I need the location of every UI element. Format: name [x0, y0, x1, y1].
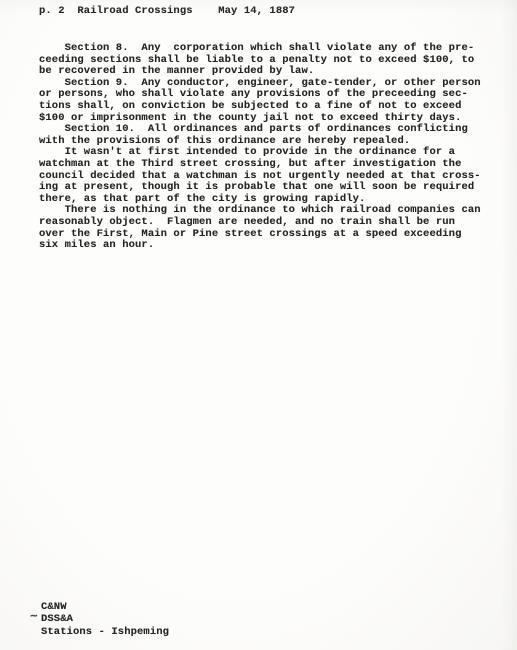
- page-header: p. 2 Railroad Crossings May 14, 1887: [39, 6, 295, 18]
- footer-line-railroad-cnw: C&NW: [41, 601, 169, 613]
- pencil-annotation-mark: ~: [29, 609, 38, 625]
- header-line: p. 2 Railroad Crossings May 14, 1887: [39, 6, 295, 18]
- body-line: six miles an hour.: [39, 240, 481, 252]
- document-body: Section 8. Any corporation which shall v…: [39, 43, 481, 252]
- body-line: Section 8. Any corporation which shall v…: [39, 43, 481, 55]
- footer-line-stations: Stations - Ishpeming: [41, 626, 169, 638]
- body-line: Section 10. All ordinances and parts of …: [39, 124, 481, 136]
- scanned-document-page: p. 2 Railroad Crossings May 14, 1887 Sec…: [0, 0, 517, 650]
- body-line: tions shall, on conviction be subjected …: [39, 101, 481, 113]
- body-line: watchman at the Third street crossing, b…: [39, 159, 481, 171]
- body-line: ing at present, though it is probable th…: [39, 182, 481, 194]
- archival-notation-block: C&NW DSS&A Stations - Ishpeming: [41, 601, 169, 638]
- footer-line-railroad-dssa: DSS&A: [41, 613, 169, 625]
- body-line: reasonably object. Flagmen are needed, a…: [39, 217, 481, 229]
